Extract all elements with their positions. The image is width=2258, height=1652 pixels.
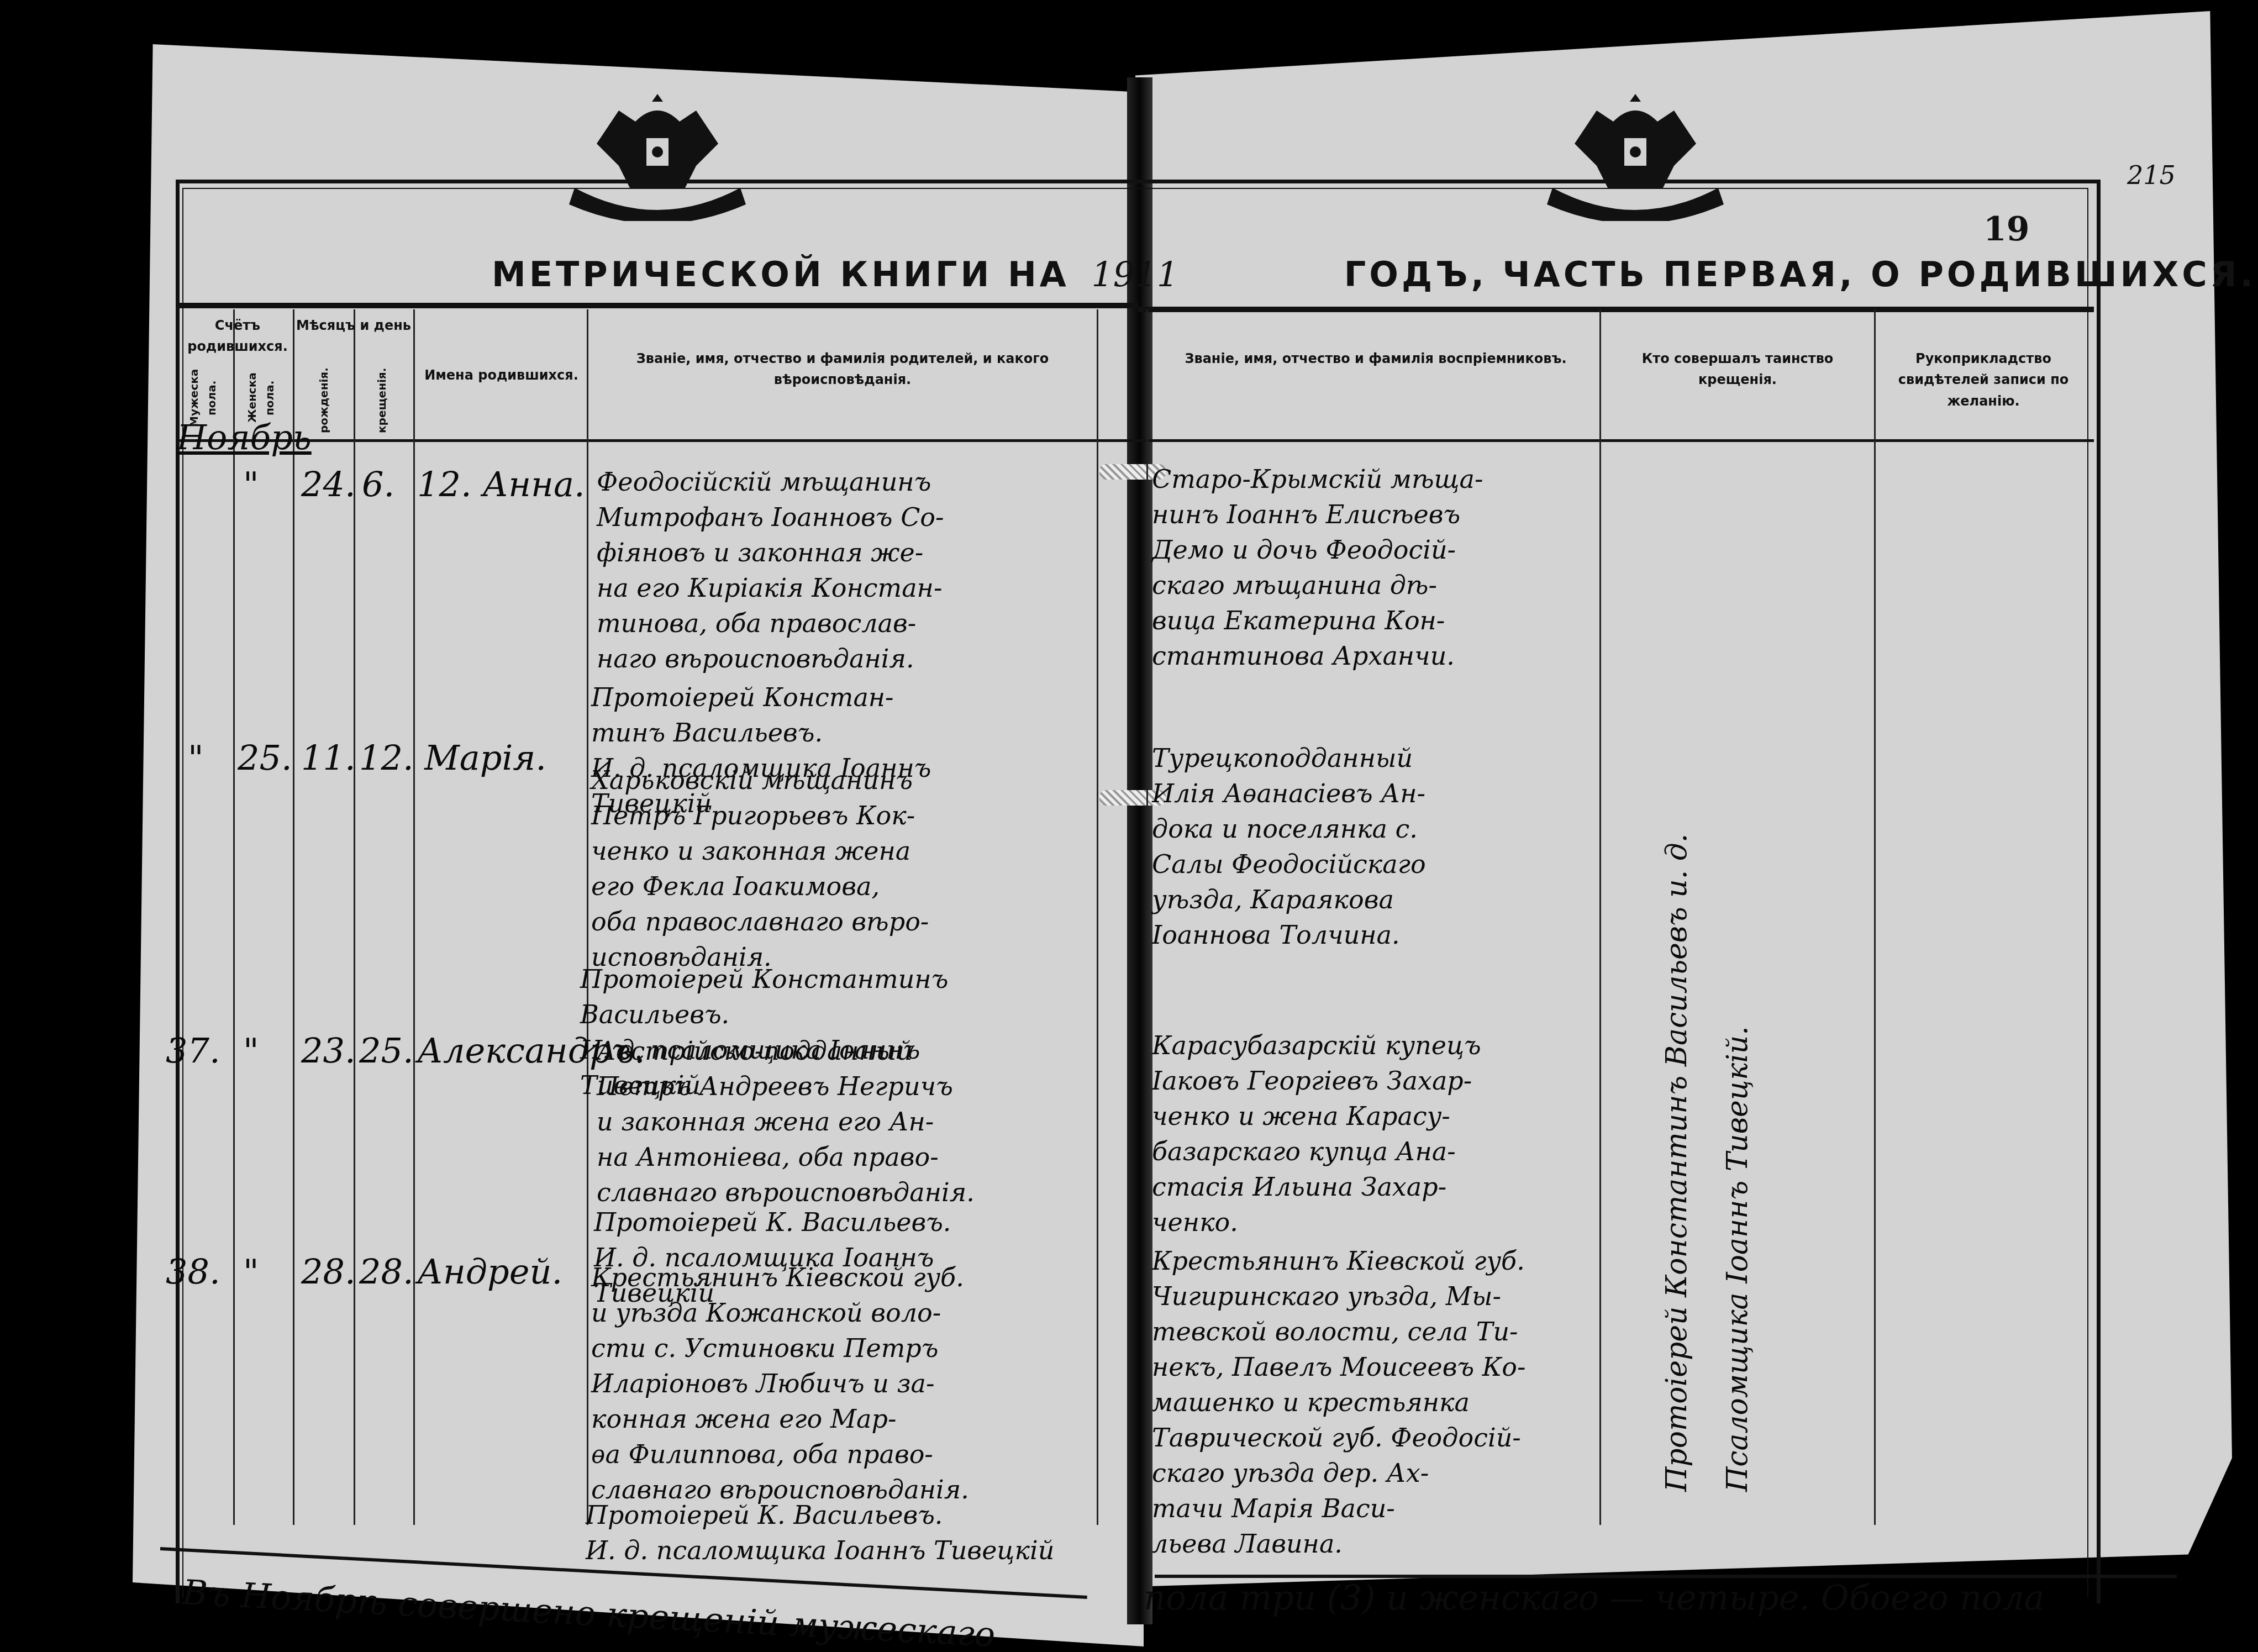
entry-2-godparents: Турецкоподданный Илія Аѳанасіевъ Ан- док…	[1152, 740, 1426, 953]
col-line	[1599, 309, 1601, 1525]
page-number: 19	[1983, 210, 2030, 249]
entry-2-baptism-day: 11.	[301, 740, 356, 776]
entry-2-birth-day: 25.	[238, 740, 292, 776]
col-line	[1874, 309, 1876, 1525]
header-godparents: Званіе, имя, отчество и фамилія воспріем…	[1155, 348, 1597, 369]
col-line	[413, 309, 415, 1525]
table-frame-inner	[182, 188, 2088, 1598]
entry-1-godparents: Старо-Крымскій мѣща- нинъ Іоаннъ Елисѣев…	[1152, 461, 1483, 674]
col-line	[293, 309, 294, 1525]
officiant-line-2: Псаломщика Іоаннъ Тивецкій.	[1713, 442, 1762, 1492]
entry-4-baptism-day: 28.	[359, 1254, 414, 1290]
entry-4-birth-day: 28.	[301, 1254, 356, 1290]
col-line	[1146, 309, 1148, 1525]
header-parents: Званіе, имя, отчество и фамилія родителе…	[591, 348, 1094, 391]
header-bottom-rule	[177, 439, 2094, 442]
entry-4-clergy: Протоіерей К. Васильевъ. И. д. псаломщик…	[586, 1497, 1054, 1568]
entry-1-baptism-day: 6.	[362, 467, 394, 502]
entry-4-godparents: Крестьянинъ Кіевской губ. Чигиринскаго у…	[1152, 1243, 1526, 1561]
entry-4-parents: Крестьянинъ Кіевской губ. и уѣзда Кожанс…	[591, 1260, 969, 1507]
col-line	[1097, 309, 1098, 1525]
entry-1-name: 12. Анна.	[417, 467, 585, 502]
entry-1-parents: Феодосійскій мѣщанинъ Митрофанъ Іоанновъ…	[597, 464, 944, 676]
header-birth: рожденія.	[315, 365, 337, 436]
entry-3-godparents: Карасубазарскій купецъ Іаковъ Георгіевъ …	[1152, 1028, 1481, 1240]
entry-2-name: 12. Марія.	[359, 740, 546, 776]
entry-3-female-no: "	[243, 1033, 259, 1069]
header-double-rule-right	[1138, 307, 2094, 312]
header-double-rule-left	[177, 303, 1138, 308]
entry-3-birth-day: 23.	[301, 1033, 356, 1069]
title-prefix: МЕТРИЧЕСКОЙ КНИГИ НА	[492, 254, 1070, 294]
entry-4-male-no: 38.	[166, 1254, 220, 1290]
header-count: Счётъ родившихся.	[182, 315, 293, 357]
entry-4-name: Андрей.	[417, 1254, 562, 1290]
col-line	[233, 309, 235, 1525]
col-line	[587, 309, 588, 1525]
header-baptism: крещенія.	[373, 365, 395, 436]
title-year: 1911	[1091, 254, 1178, 294]
folio-number: 215	[2127, 160, 2176, 190]
entry-1-female-no: "	[243, 467, 259, 502]
month-heading: Ноябрь	[177, 420, 312, 455]
entry-3-baptism-day: 25.	[359, 1033, 414, 1069]
header-officiant: Кто совершалъ таинство крещенія.	[1605, 348, 1870, 391]
header-names: Имена родившихся.	[417, 365, 586, 386]
entry-3-male-no: 37.	[166, 1033, 220, 1069]
page-title: МЕТРИЧЕСКОЙ КНИГИ НА 1911 ГОДЪ, ЧАСТЬ ПЕ…	[492, 254, 1873, 298]
entry-1-birth-day: 24.	[301, 467, 356, 502]
header-month-day: Мѣсяцъ и день	[296, 315, 412, 336]
entry-3-parents: Австрійско-подданный Петръ Андреевъ Негр…	[597, 1033, 975, 1210]
entry-4-female-no: "	[243, 1254, 259, 1290]
officiant-line-1: Протоіерей Константинъ Васильевъ и. д.	[1652, 442, 1702, 1492]
entry-2-female-no: "	[188, 740, 204, 776]
summary-text-right: пола три (3) и женскаго — четыре. Обоего…	[1144, 1580, 2045, 1616]
header-signatures: Рукоприкладство свидѣтелей записи по жел…	[1878, 348, 2088, 412]
entry-2-parents: Харьковскій мѣщанинъ Петръ Григорьевъ Ко…	[591, 762, 929, 975]
title-suffix: ГОДЪ, ЧАСТЬ ПЕРВАЯ, О РОДИВШИХСЯ.	[1344, 254, 2256, 294]
